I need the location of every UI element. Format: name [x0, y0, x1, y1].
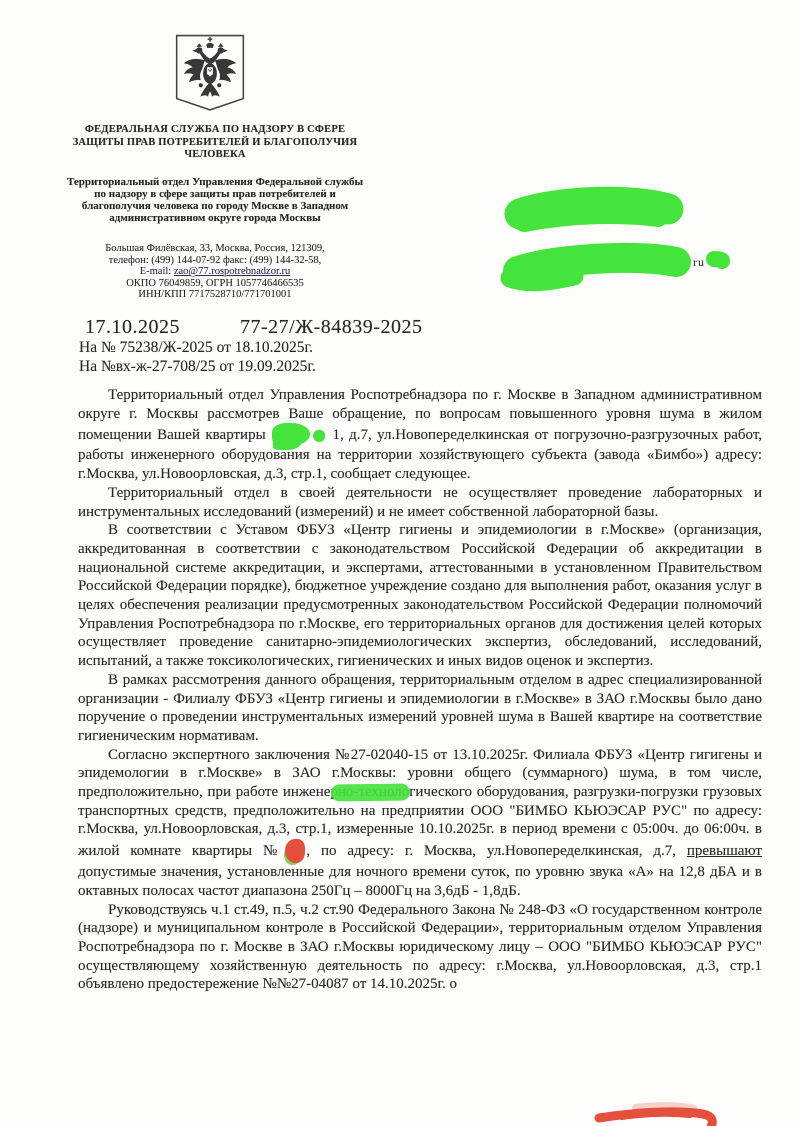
- marker-red-stroke: [599, 1112, 712, 1126]
- highlighter-green-stroke-2b: [510, 276, 574, 282]
- highlighter-green-stroke-1: [520, 202, 668, 214]
- scanned-letter-page: ФЕДЕРАЛЬНАЯ СЛУЖБА ПО НАДЗОРУ В СФЕРЕ ЗА…: [0, 0, 800, 1126]
- paragraph-6: Руководствуясь ч.1 ст.49, п.5, ч.2 ст.90…: [78, 901, 762, 995]
- address-line: Большая Филёвская, 33, Москва, Россия, 1…: [60, 243, 370, 255]
- marker-red-smear: [636, 1106, 694, 1109]
- paragraph-1: Территориальный отдел Управления Роспотр…: [78, 386, 762, 484]
- highlighter-green-stroke-1b: [524, 214, 658, 222]
- letter-date: 17.10.2025: [85, 316, 180, 339]
- underlined-word-exceed: превышают: [687, 843, 762, 859]
- redaction-red-apartment-number: [285, 839, 305, 863]
- redacted-email-visible-fragment: ru: [693, 255, 705, 270]
- highlighter-green-stroke-2c: [714, 259, 722, 261]
- letter-number: 77-27/Ж-84839-2025: [240, 316, 422, 339]
- paragraph-5-text-mid: , по адресу: г. Москва, ул.Новопеределки…: [306, 843, 687, 859]
- redaction-green-dot: [313, 430, 325, 442]
- inn-kpp-line: ИНН/КПП 7717528710/771701001: [60, 289, 370, 301]
- paragraph-3: В соответствии с Уставом ФБУЗ «Центр гиг…: [78, 521, 762, 671]
- letter-body: Территориальный отдел Управления Роспотр…: [78, 386, 762, 994]
- paragraph-5-text-end: допустимые значения, установленные для н…: [78, 864, 762, 899]
- partially-covered-fragment: 1,: [332, 427, 343, 443]
- okpo-ogrn-line: ОКПО 76049859, ОГРН 1057746466535: [60, 278, 370, 290]
- email-line: E-mail: zao@77.rospotrebnadzor.ru: [60, 266, 370, 278]
- russia-coat-of-arms-icon: [174, 33, 246, 114]
- phone-line: телефон: (499) 144-07-92 факс: (499) 144…: [60, 255, 370, 267]
- org-name: ФЕДЕРАЛЬНАЯ СЛУЖБА ПО НАДЗОРУ В СФЕРЕ ЗА…: [60, 124, 370, 162]
- highlighter-green-stroke-2: [518, 258, 676, 271]
- in-reply-to-line-1: На № 75238/Ж-2025 от 18.10.2025г.: [79, 339, 313, 357]
- contact-block: Большая Филёвская, 33, Москва, Россия, 1…: [60, 243, 370, 301]
- redaction-green-apartment-number: [272, 423, 310, 446]
- highlighter-green-smudge: [331, 784, 410, 802]
- email-address: zao@77.rospotrebnadzor.ru: [174, 266, 290, 277]
- paragraph-2: Территориальный отдел в своей деятельнос…: [78, 484, 762, 521]
- paragraph-5: Согласно экспертного заключения №27-0204…: [78, 746, 762, 901]
- paragraph-4: В рамках рассмотрения данного обращения,…: [78, 671, 762, 746]
- email-label: E-mail:: [140, 266, 172, 277]
- department-name: Территориальный отдел Управления Федерал…: [60, 176, 370, 224]
- in-reply-to-line-2: На №вх-ж-27-708/25 от 19.09.2025г.: [79, 358, 316, 376]
- marker-red-stroke-b: [622, 1114, 690, 1117]
